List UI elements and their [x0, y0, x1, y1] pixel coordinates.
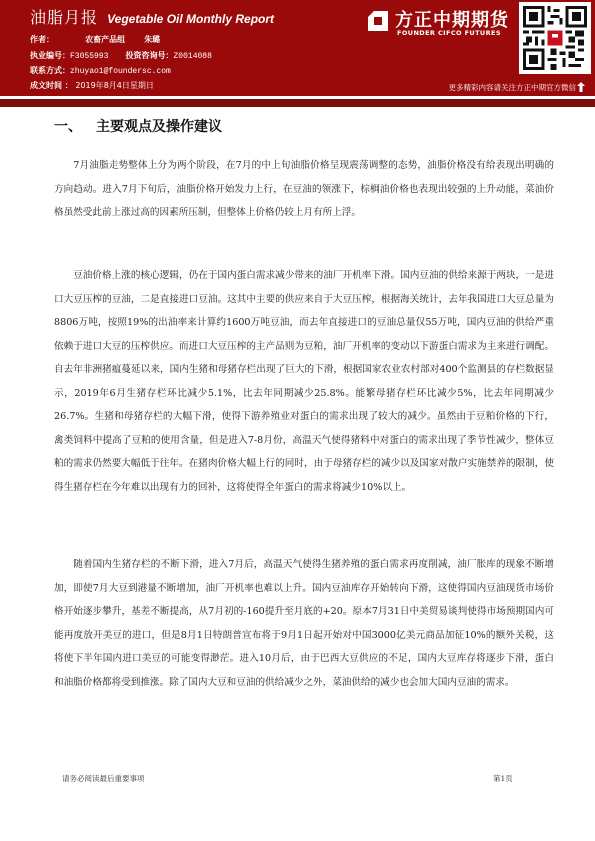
- follow-text: 更多精彩内容请关注方正中期官方微信: [449, 83, 577, 92]
- paragraph-text: 豆油价格上涨的核心逻辑，仍在于国内蛋白需求减少带来的油厂开机率下滑。国内豆油的供…: [54, 264, 554, 499]
- paragraph-text: 7月油脂走势整体上分为两个阶段，在7月的中上旬油脂价格呈现震荡调整的态势，油脂价…: [54, 154, 554, 225]
- license-line: 执业编号：F3055993 投资咨询号：Z0014088: [30, 50, 212, 61]
- license-label: 执业编号：: [30, 51, 70, 60]
- date-line: 成文时间 ： 2019年8月4日星期日: [30, 80, 154, 91]
- header-divider-stripe: [0, 99, 595, 107]
- author-group: 农畜产品组: [85, 35, 125, 44]
- arrow-up-icon: [577, 82, 585, 92]
- contact-line: 联系方式：zhuyao1@foundersc.com: [30, 65, 171, 76]
- contact-email[interactable]: zhuyao1@foundersc.com: [70, 67, 171, 76]
- section-number: 一、: [54, 119, 82, 135]
- page-number: 第1页: [493, 773, 513, 784]
- author-label: 作者：: [30, 35, 54, 44]
- section-title: 主要观点及操作建议: [96, 119, 222, 135]
- logo-text-en: FOUNDER CIFCO FUTURES: [397, 29, 501, 37]
- paragraph-2: 豆油价格上涨的核心逻辑，仍在于国内蛋白需求减少带来的油厂开机率下滑。国内豆油的供…: [54, 264, 554, 499]
- footer-disclaimer-notice: 请务必阅读最后重要事项: [62, 773, 145, 784]
- report-title-cn: 油脂月报: [30, 8, 98, 27]
- section-heading: 一、主要观点及操作建议: [54, 116, 222, 136]
- company-logo: 方正中期期货 FOUNDER CIFCO FUTURES: [367, 4, 515, 44]
- wechat-qr-code: [519, 2, 591, 74]
- author-line: 作者： 农畜产品组 朱璐: [30, 34, 160, 45]
- consult-number: Z0014088: [174, 52, 212, 61]
- contact-label: 联系方式：: [30, 66, 70, 75]
- paragraph-3: 随着国内生猪存栏的不断下滑，进入7月后，高温天气使得生猪养殖的蛋白需求再度削减，…: [54, 553, 554, 694]
- date-value: 2019年8月4日星期日: [75, 81, 154, 90]
- paragraph-1: 7月油脂走势整体上分为两个阶段，在7月的中上旬油脂价格呈现震荡调整的态势，油脂价…: [54, 154, 554, 225]
- license-number: F3055993: [70, 52, 108, 61]
- logo-mark-icon: [367, 10, 389, 32]
- consult-label: 投资咨询号：: [126, 51, 174, 60]
- follow-wechat-notice: 更多精彩内容请关注方正中期官方微信: [449, 82, 586, 93]
- paragraph-text: 随着国内生猪存栏的不断下滑，进入7月后，高温天气使得生猪养殖的蛋白需求再度削减，…: [54, 553, 554, 694]
- report-header: 油脂月报 Vegetable Oil Monthly Report 作者： 农畜…: [0, 0, 595, 96]
- author-name: 朱璐: [144, 35, 160, 44]
- date-label: 成文时间 ：: [30, 81, 73, 90]
- report-title: 油脂月报 Vegetable Oil Monthly Report: [30, 5, 274, 28]
- qr-code-icon: [523, 6, 587, 70]
- report-title-en: Vegetable Oil Monthly Report: [107, 12, 274, 26]
